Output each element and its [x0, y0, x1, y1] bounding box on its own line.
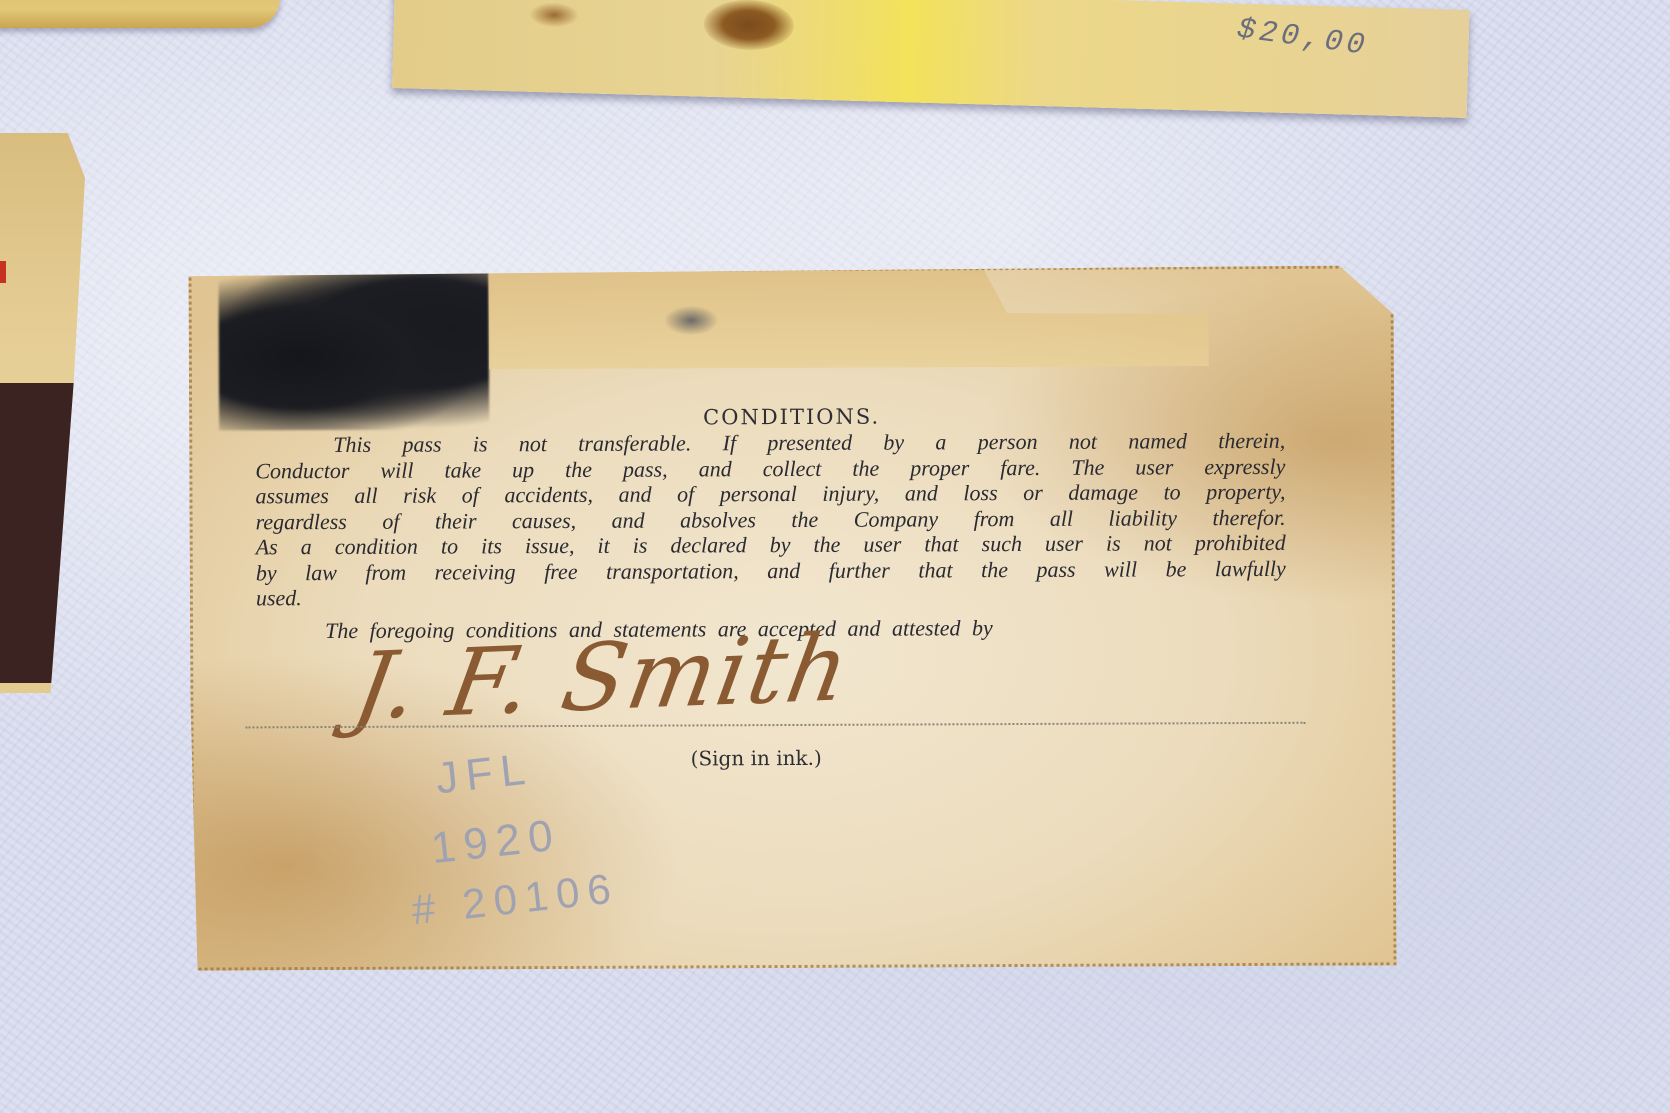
conditions-line: As a condition to its issue, it is decla… [256, 530, 1286, 560]
stain [529, 2, 580, 28]
pencil-price-note: $20,00 [1235, 13, 1370, 64]
railroad-pass-card: CONDITIONS. This pass is not transferabl… [188, 265, 1396, 970]
partial-ticket-top: $20,00 [392, 0, 1470, 118]
conditions-line: assumes all risk of accidents, and of pe… [255, 479, 1285, 509]
aged-tape [488, 258, 1208, 369]
conditions-line: by law from receiving free transportatio… [256, 555, 1286, 585]
conditions-text: This pass is not transferable. If presen… [255, 428, 1286, 611]
handwritten-signature: J. F. Smith [346, 614, 858, 741]
pencil-year: 1920 [429, 810, 564, 874]
stain [703, 0, 794, 51]
red-print-mark [0, 261, 6, 283]
signature-caption: (Sign in ink.) [691, 746, 822, 771]
dark-print-band [0, 383, 85, 683]
conditions-line: This pass is not transferable. If presen… [255, 428, 1285, 458]
conditions-line: used. [256, 581, 1286, 611]
partial-ticket-top-left [0, 0, 280, 28]
partial-ticket-left [0, 133, 85, 693]
stain [664, 305, 719, 335]
pencil-initials: JFL [433, 744, 535, 804]
pencil-catalog-number: # 20106 [409, 864, 621, 934]
